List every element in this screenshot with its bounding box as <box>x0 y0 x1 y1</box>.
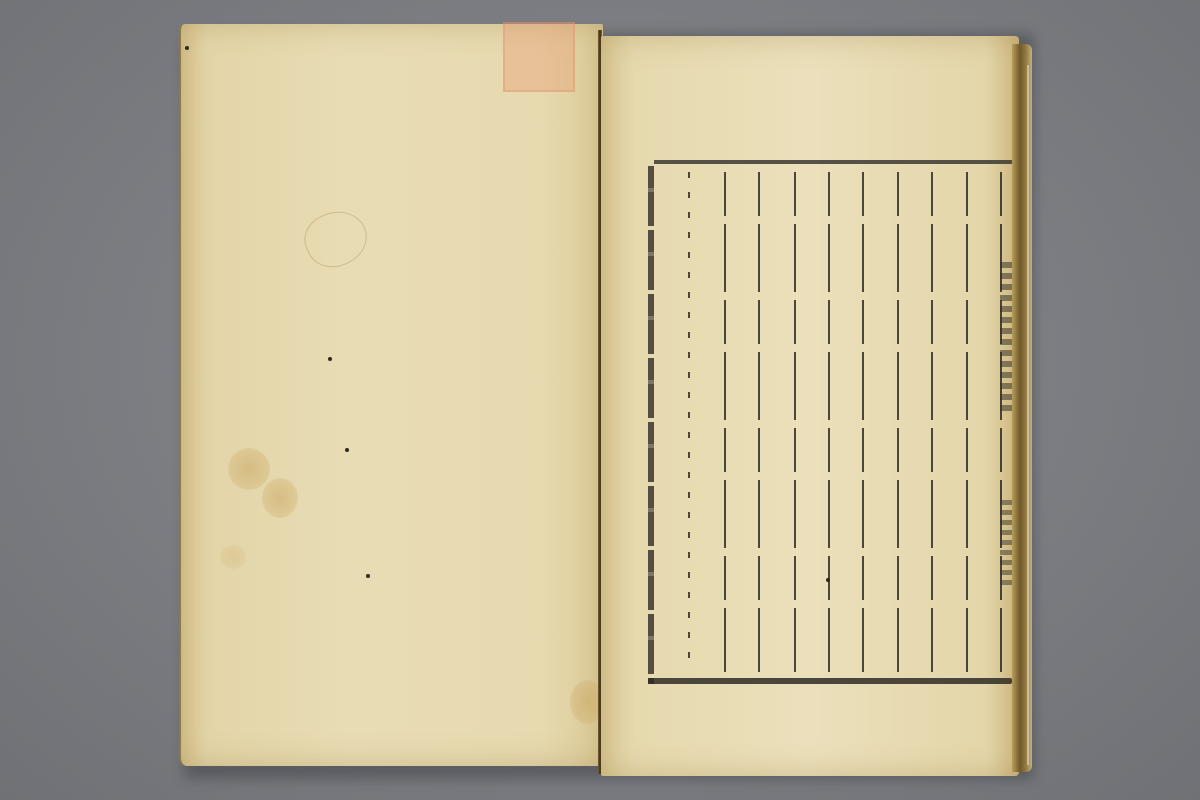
column-rule <box>828 172 830 672</box>
frame-left-border <box>648 166 654 684</box>
ink-speck <box>826 578 830 582</box>
ink-speck <box>366 574 370 578</box>
ink-speck <box>345 448 349 452</box>
faint-red-seal <box>503 22 575 92</box>
printed-grid-frame <box>648 160 1012 684</box>
left-page <box>179 24 603 766</box>
column-rule <box>966 172 968 672</box>
column-rule <box>758 172 760 672</box>
ink-speck <box>328 357 332 361</box>
fore-edge-highlight <box>1027 65 1029 765</box>
column-rule <box>862 172 864 672</box>
water-stain <box>220 545 246 569</box>
book-fore-edge <box>1012 44 1032 772</box>
frame-top-border <box>654 160 1012 164</box>
column-rule <box>931 172 933 672</box>
column-rule <box>897 172 899 672</box>
frame-bottom-border <box>648 678 1012 684</box>
water-stain <box>228 448 270 490</box>
column-rule <box>724 172 726 672</box>
column-rule <box>1000 172 1002 672</box>
ink-speck <box>185 46 189 50</box>
column-rule <box>794 172 796 672</box>
column-rule <box>688 172 690 672</box>
water-stain <box>262 478 298 518</box>
